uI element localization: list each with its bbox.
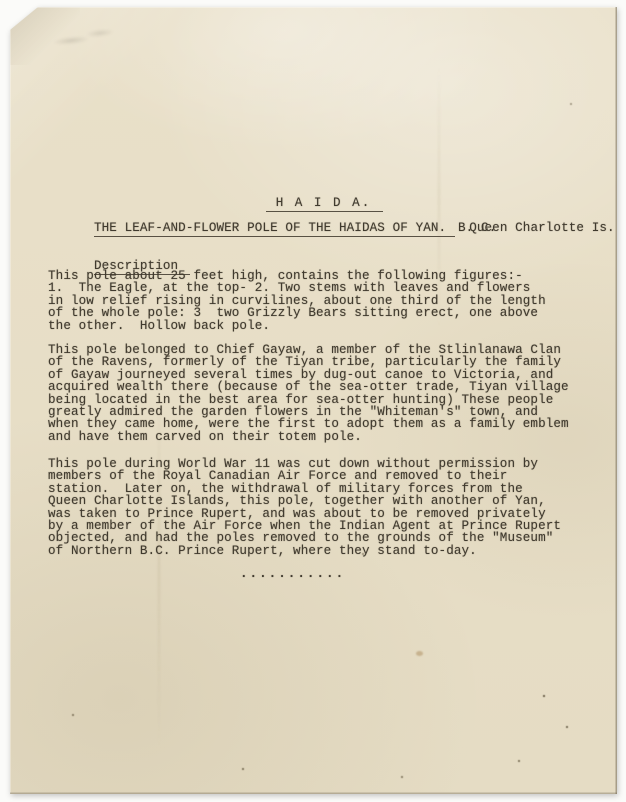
- document-title-row: THE LEAF-AND-FLOWER POLE OF THE HAIDAS O…: [48, 210, 615, 247]
- scanned-page-wrapper: H A I D A. THE LEAF-AND-FLOWER POLE OF T…: [0, 7, 626, 794]
- paragraph-history: This pole belonged to Chief Gayaw, a mem…: [48, 344, 569, 443]
- scan-background: { "document": { "category_title": "H A I…: [0, 0, 626, 802]
- document-page: H A I D A. THE LEAF-AND-FLOWER POLE OF T…: [10, 7, 617, 794]
- end-dots-divider: ...........: [240, 568, 345, 580]
- paragraph-description: This pole about 25 feet high, contains t…: [48, 270, 546, 332]
- location-province: B. C.: [458, 222, 496, 234]
- paragraph-wartime: This pole during World War 11 was cut do…: [48, 458, 561, 557]
- paper-stain: [416, 651, 423, 656]
- document-title: THE LEAF-AND-FLOWER POLE OF THE HAIDAS O…: [94, 221, 455, 237]
- foxing-specks: [10, 7, 12, 9]
